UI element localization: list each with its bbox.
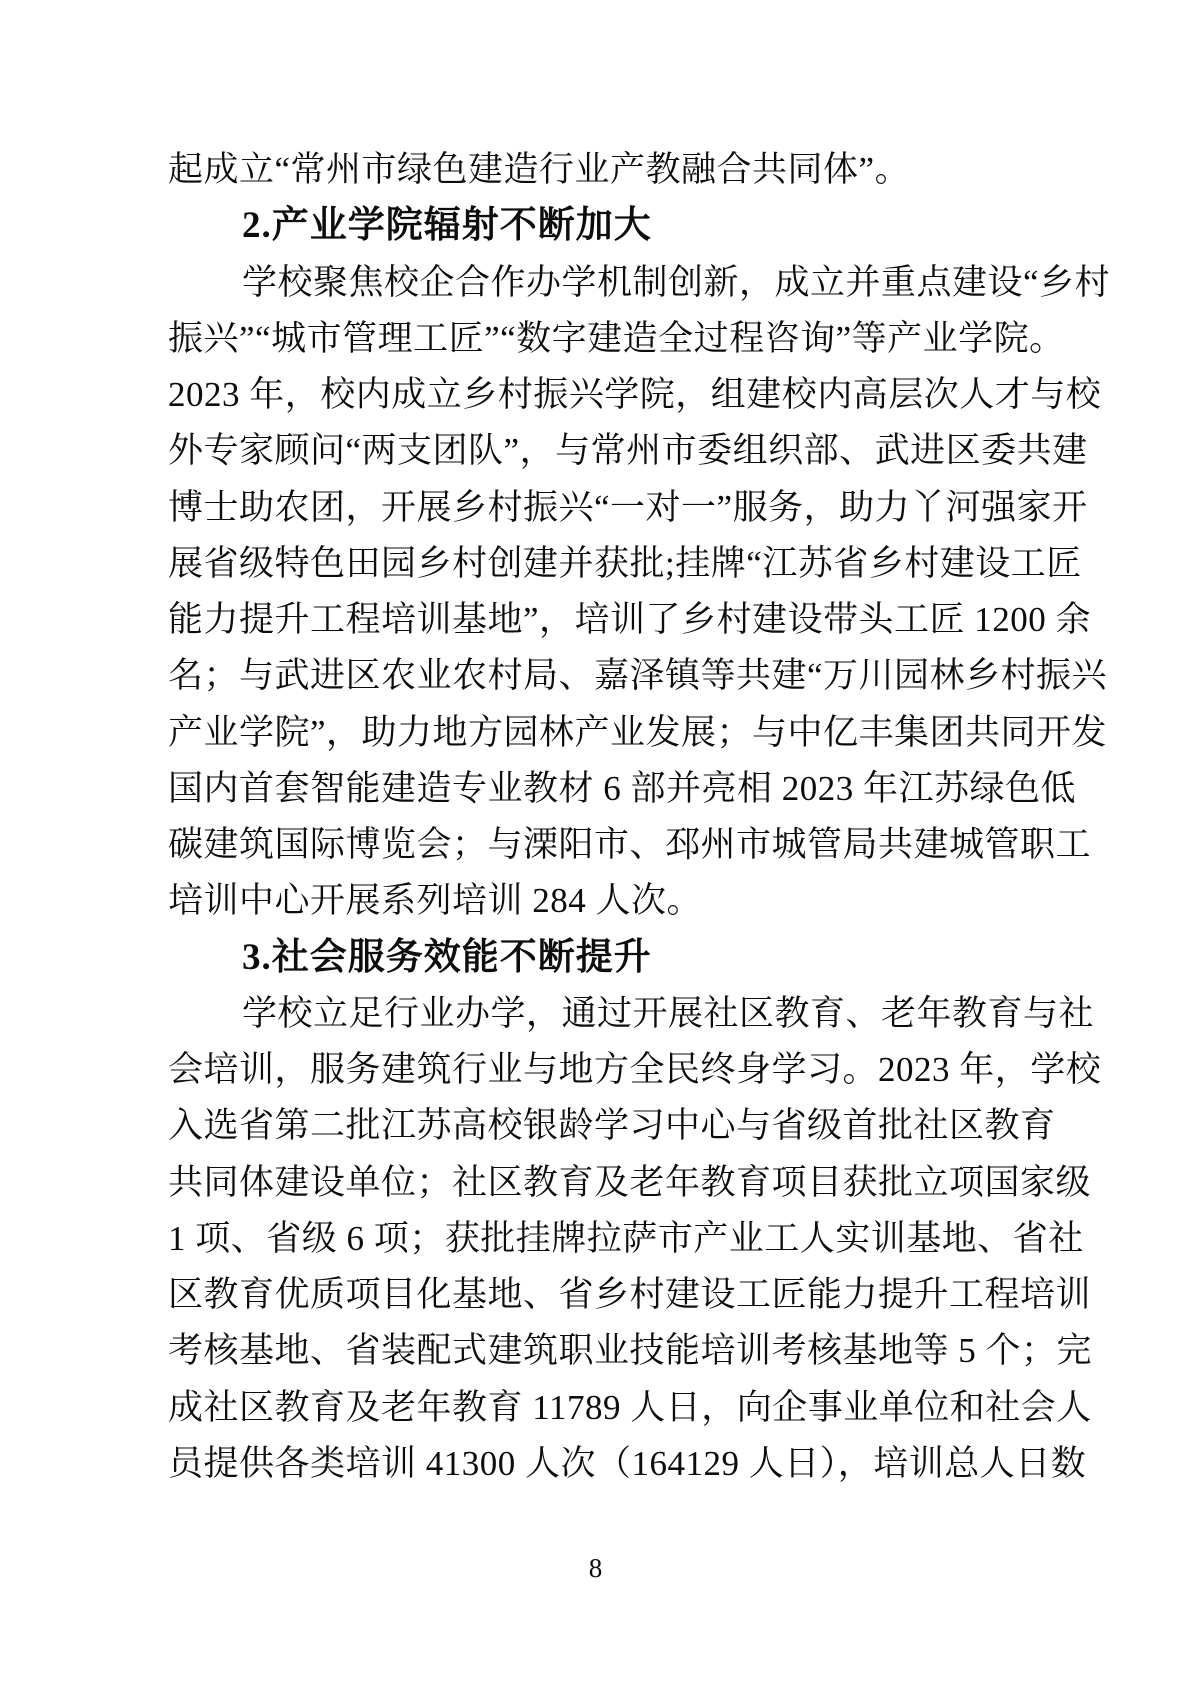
text-line: 振兴”“城市管理工匠”“数字建造全过程咨询”等产业学院。 xyxy=(168,311,1010,367)
document-page: 起成立“常州市绿色建造行业产教融合共同体”。2.产业学院辐射不断加大学校聚焦校企… xyxy=(0,0,1191,1684)
page-number: 8 xyxy=(589,1553,603,1583)
text-line: 2023 年，校内成立乡村振兴学院，组建校内高层次人才与校 xyxy=(168,367,1010,423)
text-line: 培训中心开展系列培训 284 人次。 xyxy=(168,873,1010,929)
text-line: 展省级特色田园乡村创建并获批;挂牌“江苏省乡村建设工匠 xyxy=(168,536,1010,592)
section-heading: 3.社会服务效能不断提升 xyxy=(168,930,1010,986)
text-line: 员提供各类培训 41300 人次（164129 人日），培训总人日数 xyxy=(168,1436,1010,1492)
text-line: 1 项、省级 6 项；获批挂牌拉萨市产业工人实训基地、省社 xyxy=(168,1211,1010,1267)
text-line: 共同体建设单位；社区教育及老年教育项目获批立项国家级 xyxy=(168,1155,1010,1211)
text-line: 学校立足行业办学，通过开展社区教育、老年教育与社 xyxy=(168,986,1010,1042)
text-line: 博士助农团，开展乡村振兴“一对一”服务，助力丫河强家开 xyxy=(168,480,1010,536)
text-line: 外专家顾问“两支团队”，与常州市委组织部、武进区委共建 xyxy=(168,423,1010,479)
text-line: 国内首套智能建造专业教材 6 部并亮相 2023 年江苏绿色低 xyxy=(168,761,1010,817)
text-line: 成社区教育及老年教育 11789 人日，向企事业单位和社会人 xyxy=(168,1380,1010,1436)
text-line: 能力提升工程培训基地”，培训了乡村建设带头工匠 1200 余 xyxy=(168,592,1010,648)
text-line: 产业学院”，助力地方园林产业发展；与中亿丰集团共同开发 xyxy=(168,705,1010,761)
page-footer: 8 xyxy=(0,1548,1191,1588)
body-text: 起成立“常州市绿色建造行业产教融合共同体”。2.产业学院辐射不断加大学校聚焦校企… xyxy=(168,142,1010,1492)
text-line: 碳建筑国际博览会；与溧阳市、邳州市城管局共建城管职工 xyxy=(168,817,1010,873)
text-line: 名；与武进区农业农村局、嘉泽镇等共建“万川园林乡村振兴 xyxy=(168,648,1010,704)
text-line: 起成立“常州市绿色建造行业产教融合共同体”。 xyxy=(168,142,1010,198)
text-line: 区教育优质项目化基地、省乡村建设工匠能力提升工程培训 xyxy=(168,1267,1010,1323)
section-heading: 2.产业学院辐射不断加大 xyxy=(168,198,1010,254)
text-line: 学校聚焦校企合作办学机制创新，成立并重点建设“乡村 xyxy=(168,255,1010,311)
text-line: 考核基地、省装配式建筑职业技能培训考核基地等 5 个；完 xyxy=(168,1323,1010,1379)
text-line: 入选省第二批江苏高校银龄学习中心与省级首批社区教育 xyxy=(168,1098,1010,1154)
text-line: 会培训，服务建筑行业与地方全民终身学习。2023 年，学校 xyxy=(168,1042,1010,1098)
